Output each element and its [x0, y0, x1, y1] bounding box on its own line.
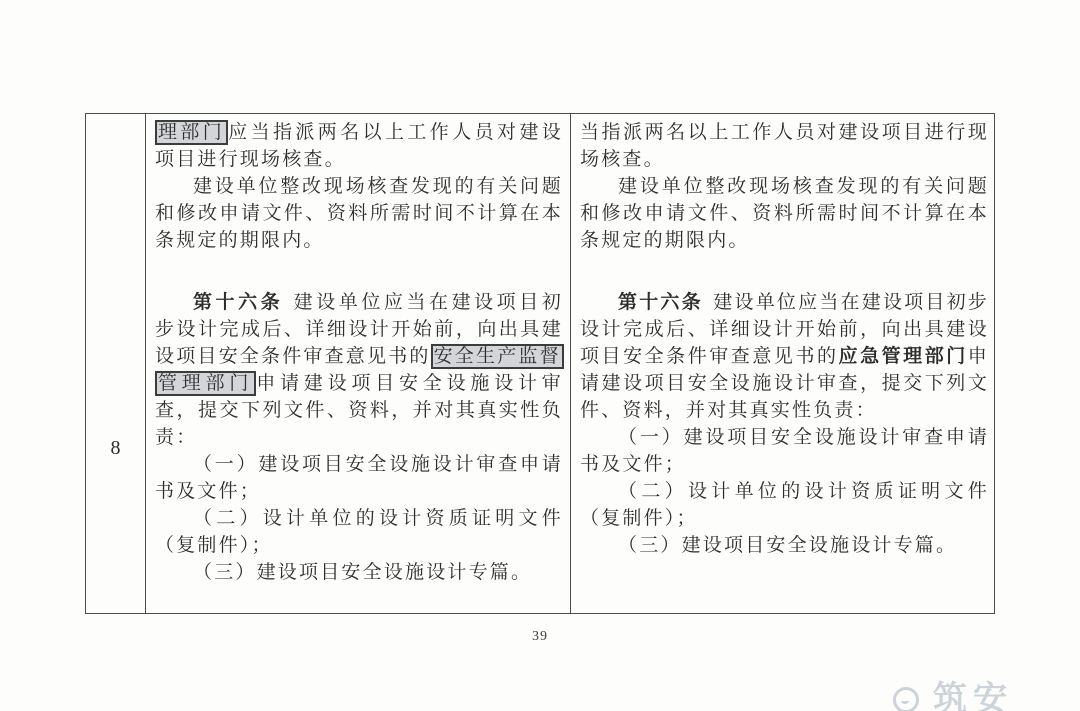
row1-number-cell	[86, 114, 146, 284]
row2-left-article-paragraph: 第十六条建设单位应当在建设项目初步设计完成后、详细设计开始前，向出具建设项目安全…	[155, 287, 563, 449]
row2-number-cell: 8	[86, 284, 146, 613]
row2-right-item-3: （三）建设项目安全设施设计专篇。	[580, 530, 989, 557]
watermark-text: 筑安	[933, 683, 1013, 711]
row1-right-cell: 当指派两名以上工作人员对建设项目进行现场核查。 建设单位整改现场核查发现的有关问…	[571, 114, 996, 284]
comparison-table: 理部门应当指派两名以上工作人员对建设项目进行现场核查。 建设单位整改现场核查发现…	[85, 113, 995, 614]
page-number: 39	[0, 629, 1080, 645]
row2-left-cell: 第十六条建设单位应当在建设项目初步设计完成后、详细设计开始前，向出具建设项目安全…	[146, 284, 571, 613]
highlight-box-li-bu-men: 理部门	[155, 120, 228, 145]
row2-left-item-3: （三）建设项目安全设施设计专篇。	[155, 557, 563, 584]
scanned-document-page: 理部门应当指派两名以上工作人员对建设项目进行现场核查。 建设单位整改现场核查发现…	[0, 0, 1080, 711]
row1-right-paragraph-1: 当指派两名以上工作人员对建设项目进行现场核查。	[580, 117, 989, 171]
row2-right-article-paragraph: 第十六条建设单位应当在建设项目初步设计完成后、详细设计开始前，向出具建设项目安全…	[580, 287, 989, 422]
row1-right-paragraph-2: 建设单位整改现场核查发现的有关问题和修改申请文件、资料所需时间不计算在本条规定的…	[580, 171, 989, 252]
row1-left-paragraph-1: 理部门应当指派两名以上工作人员对建设项目进行现场核查。	[155, 117, 563, 171]
bold-emergency-management-dept: 应急管理部门	[839, 346, 968, 367]
watermark: 筑安	[893, 681, 1013, 711]
article-number-label: 第十六条	[193, 292, 283, 313]
row2-right-item-1: （一）建设项目安全设施设计审查申请书及文件；	[580, 422, 989, 476]
row2-right-cell: 第十六条建设单位应当在建设项目初步设计完成后、详细设计开始前，向出具建设项目安全…	[571, 284, 996, 613]
article-number-label: 第十六条	[618, 292, 703, 313]
row2-left-item-2: （二）设计单位的设计资质证明文件（复制件）；	[155, 503, 563, 557]
row2-right-item-2: （二）设计单位的设计资质证明文件（复制件）；	[580, 476, 989, 530]
row1-left-cell: 理部门应当指派两名以上工作人员对建设项目进行现场核查。 建设单位整改现场核查发现…	[146, 114, 571, 284]
row2-number: 8	[111, 437, 121, 460]
row1-left-paragraph-2: 建设单位整改现场核查发现的有关问题和修改申请文件、资料所需时间不计算在本条规定的…	[155, 171, 563, 252]
row2-left-item-1: （一）建设项目安全设施设计审查申请书及文件；	[155, 449, 563, 503]
watermark-logo-icon	[893, 687, 919, 711]
